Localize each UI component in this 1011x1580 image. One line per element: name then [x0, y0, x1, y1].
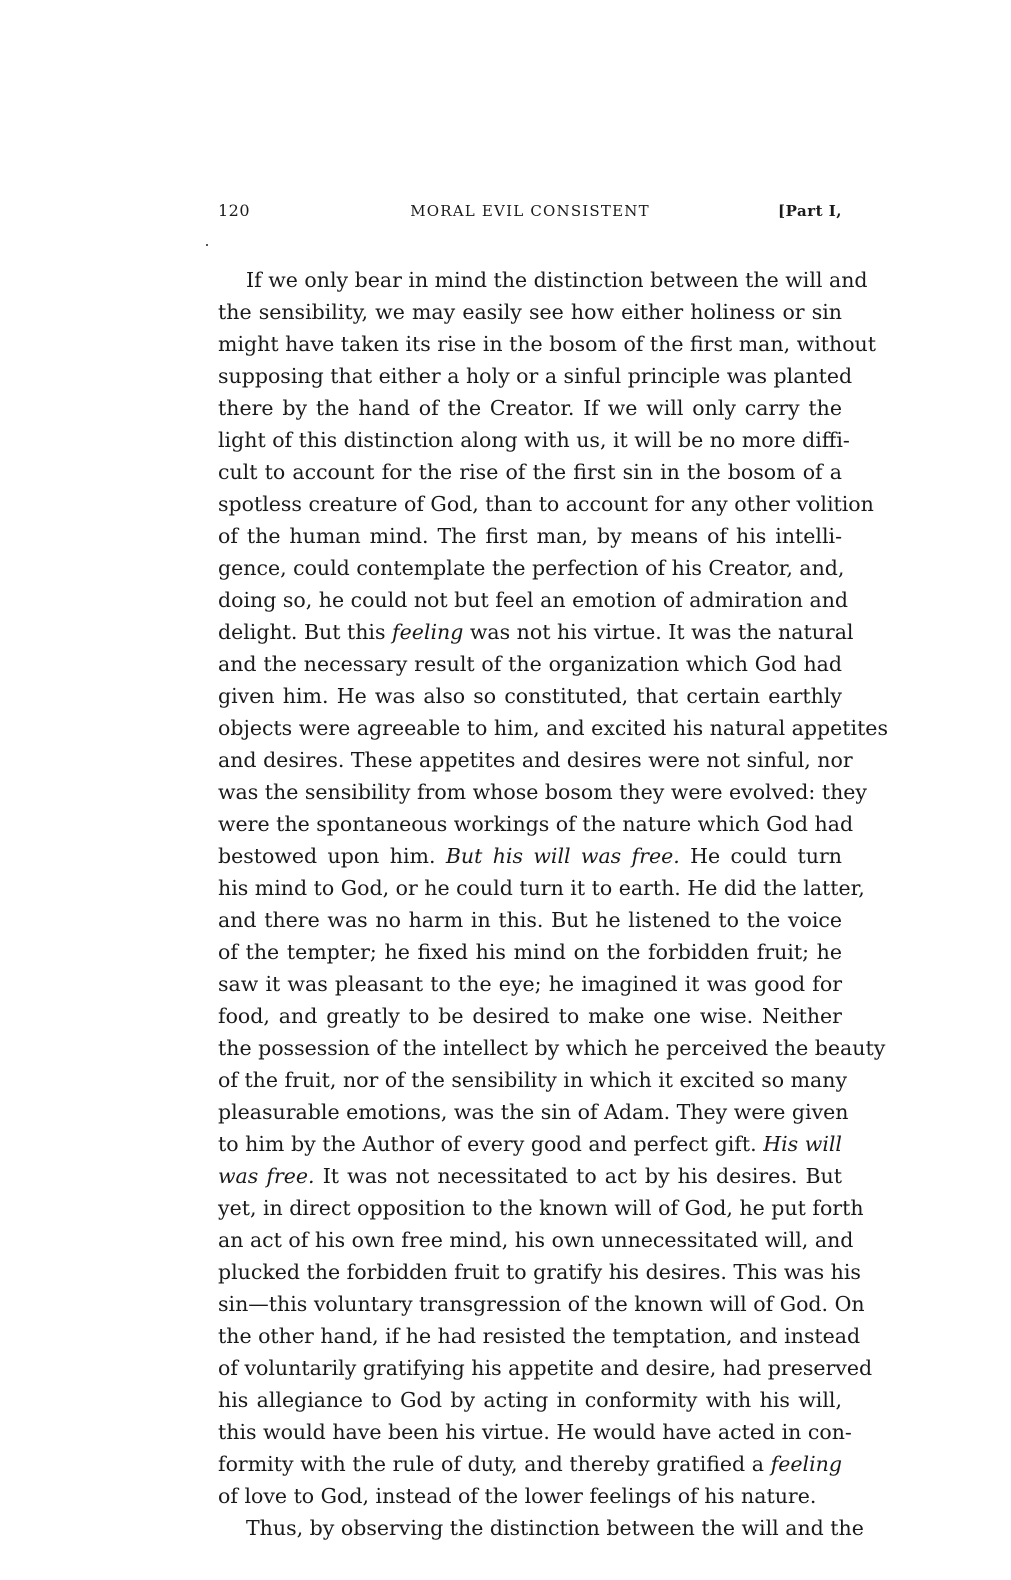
- line-text: was the sensibility from whose bosom the…: [218, 780, 867, 804]
- text-line: of love to God, instead of the lower fee…: [218, 1480, 842, 1512]
- text-line: the other hand, if he had resisted the t…: [218, 1320, 842, 1352]
- line-text: the sensibility, we may easily see how e…: [218, 300, 842, 324]
- text-line: delight. But this feeling was not his vi…: [218, 616, 842, 648]
- text-line: were the spontaneous workings of the nat…: [218, 808, 842, 840]
- line-text: his allegiance to God by acting in confo…: [218, 1388, 842, 1412]
- line-text: food, and greatly to be desired to make …: [218, 1004, 842, 1028]
- line-text: doing so, he could not but feel an emoti…: [218, 588, 848, 612]
- line-text: If we only bear in mind the distinction …: [246, 268, 868, 292]
- text-line: given him. He was also so constituted, t…: [218, 680, 842, 712]
- text-line: plucked the forbidden fruit to gratify h…: [218, 1256, 842, 1288]
- text-line: Thus, by observing the distinction betwe…: [218, 1512, 842, 1544]
- text-line: and desires. These appetites and desires…: [218, 744, 842, 776]
- text-line: doing so, he could not but feel an emoti…: [218, 584, 842, 616]
- part-label: [Part I,: [778, 196, 842, 226]
- text-line: objects were agreeable to him, and excit…: [218, 712, 842, 744]
- line-text: yet, in direct opposition to the known w…: [218, 1196, 864, 1220]
- line-text: gence, could contemplate the perfection …: [218, 556, 844, 580]
- line-text: the other hand, if he had resisted the t…: [218, 1324, 860, 1348]
- text-line: food, and greatly to be desired to make …: [218, 1000, 842, 1032]
- line-text: objects were agreeable to him, and excit…: [218, 716, 888, 740]
- line-text: an act of his own free mind, his own unn…: [218, 1228, 853, 1252]
- text-line: bestowed upon him. But his will was free…: [218, 840, 842, 872]
- line-text: this would have been his virtue. He woul…: [218, 1420, 852, 1444]
- line-text: supposing that either a holy or a sinful…: [218, 364, 852, 388]
- line-text: to him by the Author of every good and p…: [218, 1132, 763, 1156]
- book-page: 120 MORAL EVIL CONSISTENT [Part I, If we…: [218, 196, 842, 1544]
- line-text: there by the hand of the Creator. If we …: [218, 396, 842, 420]
- text-line: and there was no harm in this. But he li…: [218, 904, 842, 936]
- text-line: of the human mind. The first man, by mea…: [218, 520, 842, 552]
- line-text: given him. He was also so constituted, t…: [218, 684, 842, 708]
- line-text: were the spontaneous workings of the nat…: [218, 812, 853, 836]
- line-text: formity with the rule of duty, and there…: [218, 1452, 771, 1476]
- text-line: the possession of the intellect by which…: [218, 1032, 842, 1064]
- line-text: spotless creature of God, than to accoun…: [218, 492, 874, 516]
- text-line: his allegiance to God by acting in confo…: [218, 1384, 842, 1416]
- line-text: light of this distinction along with us,…: [218, 428, 850, 452]
- line-text: and desires. These appetites and desires…: [218, 748, 853, 772]
- text-line: to him by the Author of every good and p…: [218, 1128, 842, 1160]
- line-text: of love to God, instead of the lower fee…: [218, 1484, 816, 1508]
- running-header: 120 MORAL EVIL CONSISTENT [Part I,: [218, 196, 842, 226]
- line-text: might have taken its rise in the bosom o…: [218, 332, 876, 356]
- text-line: and the necessary result of the organiza…: [218, 648, 842, 680]
- line-text: saw it was pleasant to the eye; he imagi…: [218, 972, 842, 996]
- running-title: MORAL EVIL CONSISTENT: [218, 196, 842, 226]
- text-line: this would have been his virtue. He woul…: [218, 1416, 842, 1448]
- line-text: It was not necessitated to act by his de…: [315, 1164, 842, 1188]
- italic-emphasis: feeling: [771, 1452, 842, 1476]
- text-line: of the fruit, nor of the sensibility in …: [218, 1064, 842, 1096]
- line-text: of voluntarily gratifying his appetite a…: [218, 1356, 872, 1380]
- line-text: Thus, by observing the distinction betwe…: [246, 1516, 864, 1540]
- text-line: his mind to God, or he could turn it to …: [218, 872, 842, 904]
- text-line: there by the hand of the Creator. If we …: [218, 392, 842, 424]
- print-speck: [206, 244, 208, 246]
- line-text: the possession of the intellect by which…: [218, 1036, 885, 1060]
- italic-emphasis: was free.: [218, 1164, 315, 1188]
- line-text: of the human mind. The first man, by mea…: [218, 524, 842, 548]
- text-line: spotless creature of God, than to accoun…: [218, 488, 842, 520]
- line-text: pleasurable emotions, was the sin of Ada…: [218, 1100, 849, 1124]
- text-line: of the tempter; he fixed his mind on the…: [218, 936, 842, 968]
- text-line: was the sensibility from whose bosom the…: [218, 776, 842, 808]
- italic-emphasis: feeling: [392, 620, 463, 644]
- line-text: of the fruit, nor of the sensibility in …: [218, 1068, 847, 1092]
- line-text: delight. But this: [218, 620, 392, 644]
- italic-emphasis: His will: [763, 1132, 842, 1156]
- text-line: supposing that either a holy or a sinful…: [218, 360, 842, 392]
- text-line: saw it was pleasant to the eye; he imagi…: [218, 968, 842, 1000]
- text-line: yet, in direct opposition to the known w…: [218, 1192, 842, 1224]
- line-text: and there was no harm in this. But he li…: [218, 908, 842, 932]
- text-line: If we only bear in mind the distinction …: [218, 264, 842, 296]
- italic-emphasis: But his will was free.: [446, 844, 680, 868]
- text-line: gence, could contemplate the perfection …: [218, 552, 842, 584]
- text-line: cult to account for the rise of the firs…: [218, 456, 842, 488]
- text-line: sin—this voluntary transgression of the …: [218, 1288, 842, 1320]
- line-text: and the necessary result of the organiza…: [218, 652, 842, 676]
- body-text: If we only bear in mind the distinction …: [218, 264, 842, 1544]
- text-line: light of this distinction along with us,…: [218, 424, 842, 456]
- text-line: the sensibility, we may easily see how e…: [218, 296, 842, 328]
- line-text: sin—this voluntary transgression of the …: [218, 1292, 865, 1316]
- text-line: was free. It was not necessitated to act…: [218, 1160, 842, 1192]
- text-line: pleasurable emotions, was the sin of Ada…: [218, 1096, 842, 1128]
- line-text: bestowed upon him.: [218, 844, 446, 868]
- text-line: might have taken its rise in the bosom o…: [218, 328, 842, 360]
- line-text: He could turn: [680, 844, 842, 868]
- line-text: cult to account for the rise of the firs…: [218, 460, 842, 484]
- text-line: formity with the rule of duty, and there…: [218, 1448, 842, 1480]
- line-text: his mind to God, or he could turn it to …: [218, 876, 865, 900]
- line-text: plucked the forbidden fruit to gratify h…: [218, 1260, 861, 1284]
- line-text: of the tempter; he fixed his mind on the…: [218, 940, 842, 964]
- text-line: of voluntarily gratifying his appetite a…: [218, 1352, 842, 1384]
- text-line: an act of his own free mind, his own unn…: [218, 1224, 842, 1256]
- line-text: was not his virtue. It was the natural: [463, 620, 853, 644]
